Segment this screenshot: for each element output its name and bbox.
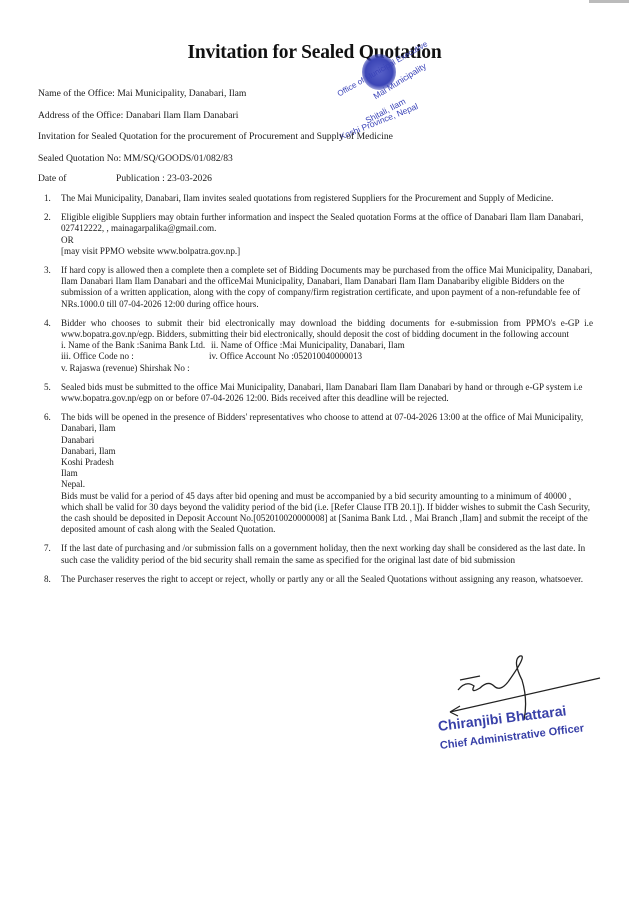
- scan-edge: [589, 0, 629, 3]
- official-stamp: Mai Municipality Office of Municipal Exe…: [322, 52, 472, 137]
- signature-block: Chiranjibi Bhattarai Chief Administrativ…: [420, 650, 620, 780]
- procurement-line: Invitation for Sealed Quotation for the …: [38, 131, 393, 143]
- list-item: 7. If the last date of purchasing and /o…: [38, 543, 593, 565]
- ppmo-link[interactable]: [may visit PPMO website www.bolpatra.gov…: [61, 246, 593, 257]
- publication-date: Date ofPublication : 23-03-2026: [38, 173, 212, 185]
- quotation-number: Sealed Quotation No: MM/SQ/GOODS/01/082/…: [38, 153, 233, 165]
- page-title: Invitation for Sealed Quotation: [0, 42, 629, 64]
- office-name: Name of the Office: Mai Municipality, Da…: [38, 88, 246, 100]
- terms-list: 1. The Mai Municipality, Danabari, Ilam …: [38, 193, 593, 593]
- list-item: 5. Sealed bids must be submitted to the …: [38, 382, 593, 404]
- list-item: 8. The Purchaser reserves the right to a…: [38, 574, 593, 585]
- list-item: 2. Eligible eligible Suppliers may obtai…: [38, 212, 593, 257]
- bank-account-row: i. Name of the Bank :Sanima Bank Ltd. ii…: [61, 340, 593, 351]
- list-item: 6. The bids will be opened in the presen…: [38, 412, 593, 535]
- publication-value: Publication : 23-03-2026: [116, 173, 212, 184]
- office-code-row: iii. Office Code no : iv. Office Account…: [61, 351, 593, 362]
- date-label: Date of: [38, 173, 116, 185]
- office-address: Address of the Office: Danabari Ilam Ila…: [38, 110, 238, 122]
- list-item: 1. The Mai Municipality, Danabari, Ilam …: [38, 193, 593, 204]
- list-item: 3. If hard copy is allowed then a comple…: [38, 265, 593, 310]
- list-item: 4. Bidder who chooses to submit their bi…: [38, 318, 593, 374]
